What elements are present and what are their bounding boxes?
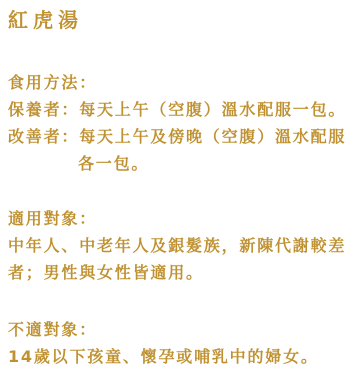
suitable-section: 適用對象： 中年人、中老年人及銀髮族，新陳代謝較差 者；男性與女性皆適用。 — [8, 205, 354, 286]
usage-line-maintenance: 保養者：每天上午（空腹）溫水配服一包。 — [8, 96, 354, 123]
unsuitable-line-1: 14歲以下孩童、懷孕或哺乳中的婦女。 — [8, 343, 354, 370]
product-title: 紅虎湯 — [8, 8, 354, 32]
suitable-line-2: 者；男性與女性皆適用。 — [8, 259, 354, 286]
unsuitable-section: 不適對象： 14歲以下孩童、懷孕或哺乳中的婦女。 — [8, 316, 354, 370]
suitable-line-1: 中年人、中老年人及銀髮族，新陳代謝較差 — [8, 232, 354, 259]
usage-heading: 食用方法： — [8, 69, 354, 96]
unsuitable-heading: 不適對象： — [8, 316, 354, 343]
usage-line-improvement: 改善者：每天上午及傍晚（空腹）溫水配服 — [8, 123, 354, 150]
usage-line-improvement-continuation: 各一包。 — [8, 150, 354, 177]
product-info-page: 紅虎湯 食用方法： 保養者：每天上午（空腹）溫水配服一包。 改善者：每天上午及傍… — [0, 0, 360, 375]
usage-section: 食用方法： 保養者：每天上午（空腹）溫水配服一包。 改善者：每天上午及傍晚（空腹… — [8, 69, 354, 177]
suitable-heading: 適用對象： — [8, 205, 354, 232]
